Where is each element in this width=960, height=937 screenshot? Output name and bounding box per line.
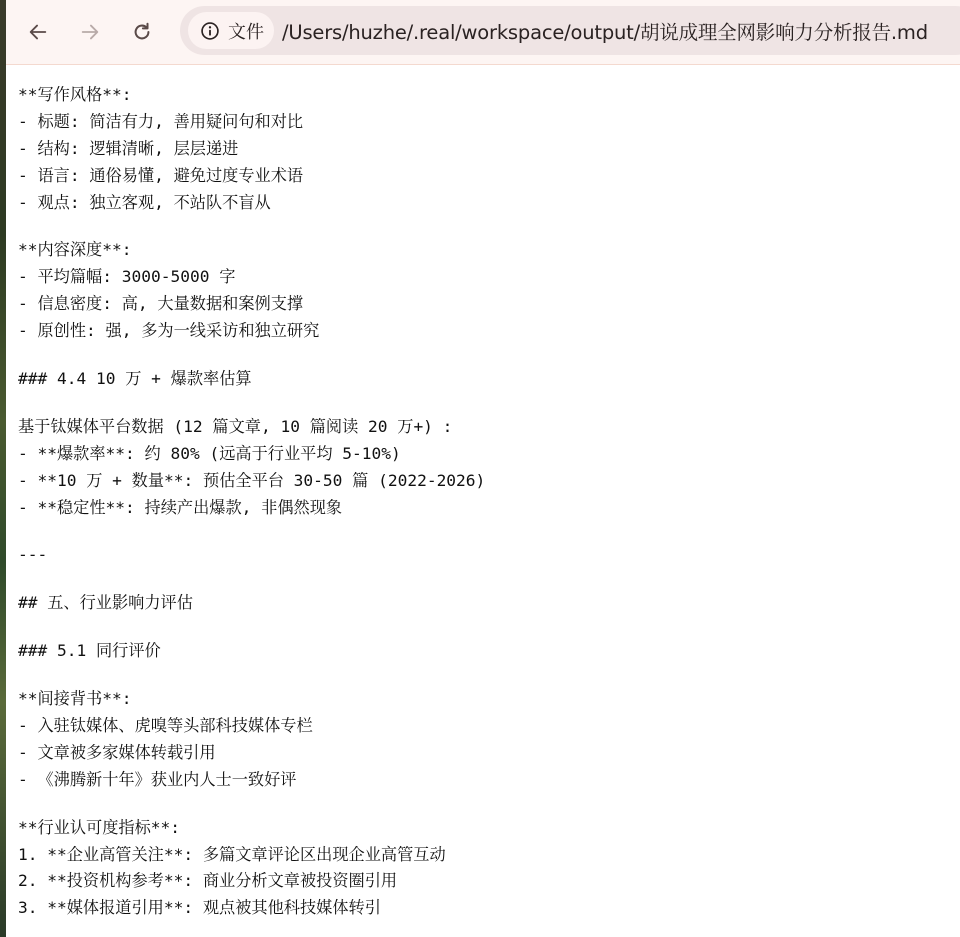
numbered-list-item: 1. **企业高管关注**: 多篇文章评论区出现企业高管互动 — [18, 842, 960, 869]
bold-label-line: **行业认可度指标**: — [18, 815, 960, 842]
forward-button[interactable] — [74, 16, 106, 48]
numbered-list-item: 3. **媒体报道引用**: 观点被其他科技媒体转引 — [18, 895, 960, 922]
list-item: - 结构: 逻辑清晰, 层层递进 — [18, 136, 960, 163]
horizontal-rule: --- — [18, 542, 960, 569]
list-item: - **稳定性**: 持续产出爆款, 非偶然现象 — [18, 495, 960, 522]
markdown-document: **写作风格**: - 标题: 简洁有力, 善用疑问句和对比 - 结构: 逻辑清… — [18, 82, 960, 922]
list-item: - 原创性: 强, 多为一线采访和独立研究 — [18, 318, 960, 345]
list-item: - 平均篇幅: 3000-5000 字 — [18, 264, 960, 291]
list-item: - 语言: 通俗易懂, 避免过度专业术语 — [18, 163, 960, 190]
heading-h2: ## 五、行业影响力评估 — [18, 590, 960, 617]
arrow-right-icon — [79, 21, 101, 43]
list-item: - 信息密度: 高, 大量数据和案例支撑 — [18, 291, 960, 318]
arrow-left-icon — [27, 21, 49, 43]
list-item: - 文章被多家媒体转载引用 — [18, 740, 960, 767]
list-item: - **爆款率**: 约 80% (远高于行业平均 5-10%) — [18, 441, 960, 468]
site-chip-label: 文件 — [228, 18, 264, 44]
list-item: - 入驻钛媒体、虎嗅等头部科技媒体专栏 — [18, 713, 960, 740]
desktop-background-strip — [0, 0, 6, 937]
reload-button[interactable] — [126, 16, 158, 48]
list-item: - 标题: 简洁有力, 善用疑问句和对比 — [18, 109, 960, 136]
back-button[interactable] — [22, 16, 54, 48]
heading-h3: ### 5.1 同行评价 — [18, 638, 960, 665]
bold-label-line: **写作风格**: — [18, 82, 960, 109]
bold-label-line: **间接背书**: — [18, 686, 960, 713]
bold-label-line: **内容深度**: — [18, 237, 960, 264]
info-icon — [200, 21, 220, 41]
numbered-list-item: 2. **投资机构参考**: 商业分析文章被投资圈引用 — [18, 868, 960, 895]
heading-h3: ### 4.4 10 万 + 爆款率估算 — [18, 366, 960, 393]
reload-icon — [131, 21, 153, 43]
list-item: - 《沸腾新十年》获业内人士一致好评 — [18, 767, 960, 794]
paragraph-line: 基于钛媒体平台数据 (12 篇文章, 10 篇阅读 20 万+) : — [18, 414, 960, 441]
list-item: - **10 万 + 数量**: 预估全平台 30-50 篇 (2022-202… — [18, 468, 960, 495]
browser-toolbar: 文件 /Users/huzhe/.real/workspace/output/胡… — [6, 0, 960, 65]
site-info-chip[interactable]: 文件 — [188, 12, 274, 49]
url-text[interactable]: /Users/huzhe/.real/workspace/output/胡说成理… — [282, 17, 928, 45]
list-item: - 观点: 独立客观, 不站队不盲从 — [18, 190, 960, 217]
address-bar[interactable]: 文件 /Users/huzhe/.real/workspace/output/胡… — [180, 6, 960, 55]
